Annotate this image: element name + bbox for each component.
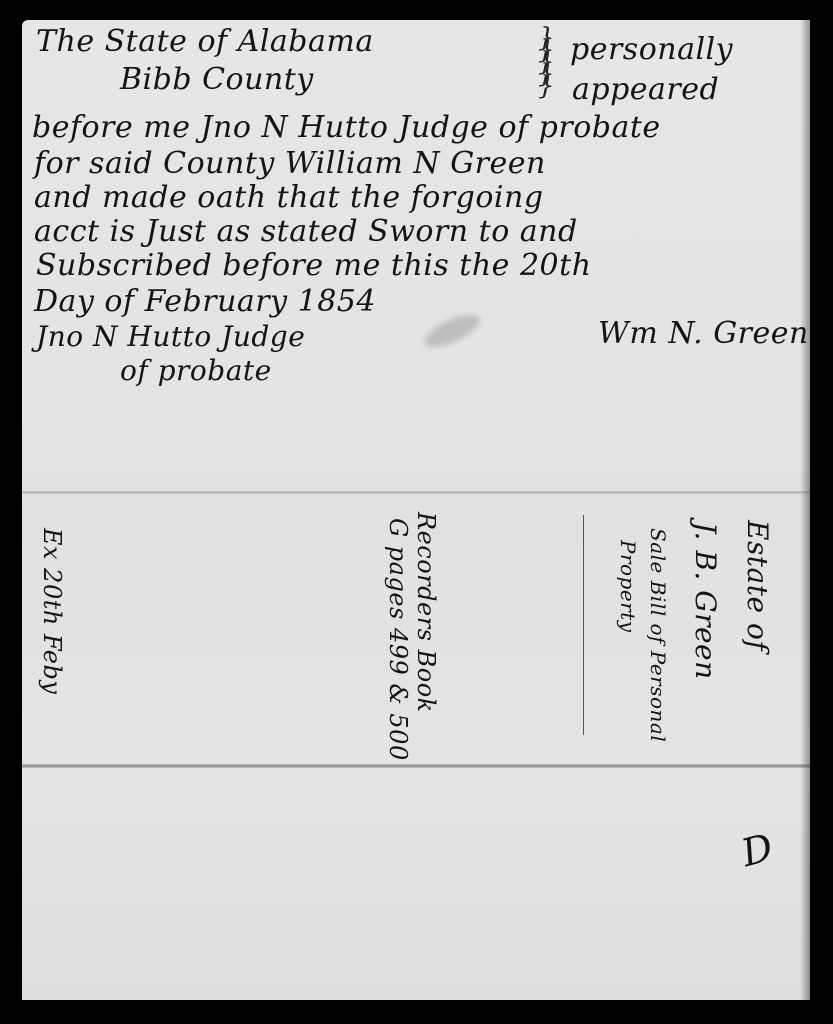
docket-recorded-pages: G pages 499 & 500 xyxy=(384,518,412,761)
endorsement-estate-of: Estate of xyxy=(741,520,774,651)
affiant-signature: Wm N. Green xyxy=(598,316,809,351)
corner-mark: D xyxy=(737,825,778,876)
oath-line-subscribed: Subscribed before me this the 20th xyxy=(36,248,592,283)
judge-signature: Jno N Hutto Judge xyxy=(36,320,305,353)
docket-recorders-book: Recorders Book xyxy=(412,512,440,713)
judge-title: of probate xyxy=(120,354,272,387)
oath-line-made-oath: and made oath that the forgoing xyxy=(34,180,544,215)
brace-mark: }}}}} xyxy=(538,32,555,92)
endorsement-name: J. B. Green xyxy=(689,522,722,680)
oath-appeared: appeared xyxy=(572,72,719,107)
fold-line-lower xyxy=(22,764,810,768)
oath-line-state: The State of Alabama xyxy=(36,24,374,59)
docket-left-note: Ex 20th Feby xyxy=(38,528,66,694)
oath-line-before-me: before me Jno N Hutto Judge of probate xyxy=(32,110,661,145)
oath-line-county: Bibb County xyxy=(120,62,314,97)
oath-personally: personally xyxy=(570,32,733,67)
fold-line-upper xyxy=(22,491,810,494)
oath-line-acct-just: acct is Just as stated Sworn to and xyxy=(34,214,578,249)
document-page: The State of Alabama Bibb County }}}}} p… xyxy=(22,20,810,1000)
oath-line-for-said-county: for said County William N Green xyxy=(34,146,546,181)
endorsement-sale-bill: Sale Bill of Personal xyxy=(646,528,670,742)
oath-line-date: Day of February 1854 xyxy=(34,284,376,319)
docket-rule-line xyxy=(583,515,584,735)
endorsement-property: Property xyxy=(616,540,640,633)
ink-smudge xyxy=(420,308,484,353)
